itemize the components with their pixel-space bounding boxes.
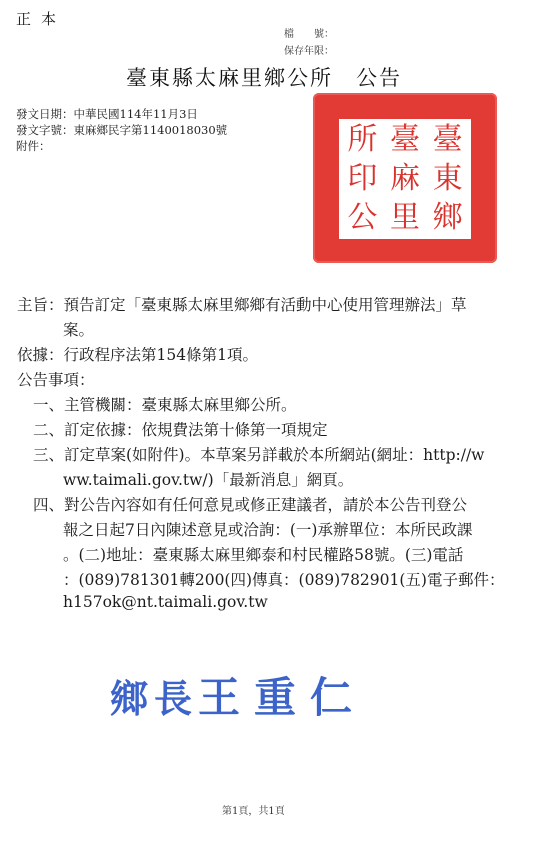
contact-email: h157ok@nt.taimali.gov.tw xyxy=(63,593,268,611)
item-4: 四、對公告內容如有任何意見或修正建議者，請於本公告刊登公 xyxy=(33,493,467,515)
basis-line: 依據：行政程序法第154條第1項。 xyxy=(17,343,258,365)
seal-char: 臺 xyxy=(384,121,427,160)
signature-name: 王重仁 xyxy=(198,673,366,722)
retention-label: 保存年限： xyxy=(284,42,334,57)
seal-char: 麻 xyxy=(384,160,427,199)
subject-line-cont: 案。 xyxy=(63,318,94,340)
copy-mark: 正本 xyxy=(16,8,66,29)
file-number-label: 檔 號： xyxy=(284,25,334,40)
item-3: 三、訂定草案(如附件)。本草案另詳載於本所網站(網址：http://w xyxy=(33,443,484,465)
item-1: 一、主管機關：臺東縣太麻里鄉公所。 xyxy=(33,393,297,415)
item-2: 二、訂定依據：依規費法第十條第一項規定 xyxy=(33,418,328,440)
subject-line: 主旨：預告訂定「臺東縣太麻里鄉鄉有活動中心使用管理辦法」草 xyxy=(17,293,467,315)
seal-char: 臺 xyxy=(426,121,469,160)
attachment-label: 附件： xyxy=(16,138,51,154)
official-seal: 所 臺 臺 印 麻 東 公 里 鄉 xyxy=(313,93,497,263)
seal-char: 里 xyxy=(384,198,427,237)
items-heading: 公告事項： xyxy=(17,368,95,390)
item-4-cont: ：(089)781301轉200(四)傳真：(089)782901(五)電子郵件… xyxy=(63,568,504,590)
document-title: 臺東縣太麻里鄉公所 公告 xyxy=(126,62,402,92)
item-4-cont: 。(二)地址：臺東縣太麻里鄉泰和村民權路58號。(三)電話 xyxy=(63,543,463,565)
page-footer: 第1頁，共1頁 xyxy=(222,802,285,817)
seal-char: 印 xyxy=(341,160,384,199)
seal-char: 鄉 xyxy=(426,198,469,237)
seal-inner: 所 臺 臺 印 麻 東 公 里 鄉 xyxy=(339,119,471,239)
seal-char: 公 xyxy=(341,198,384,237)
item-3-cont: ww.taimali.gov.tw/)「最新消息」網頁。 xyxy=(63,468,353,490)
signature-stamp: 鄉長王重仁 xyxy=(110,665,366,725)
item-4-cont: 報之日起7日內陳述意見或洽詢：(一)承辦單位：本所民政課 xyxy=(63,518,472,540)
issue-date: 發文日期：中華民國114年11月3日 xyxy=(16,106,198,122)
issue-number: 發文字號：東麻鄉民字第1140018030號 xyxy=(16,122,227,138)
seal-char: 東 xyxy=(426,160,469,199)
seal-char: 所 xyxy=(341,121,384,160)
signature-title: 鄉長 xyxy=(110,676,198,721)
